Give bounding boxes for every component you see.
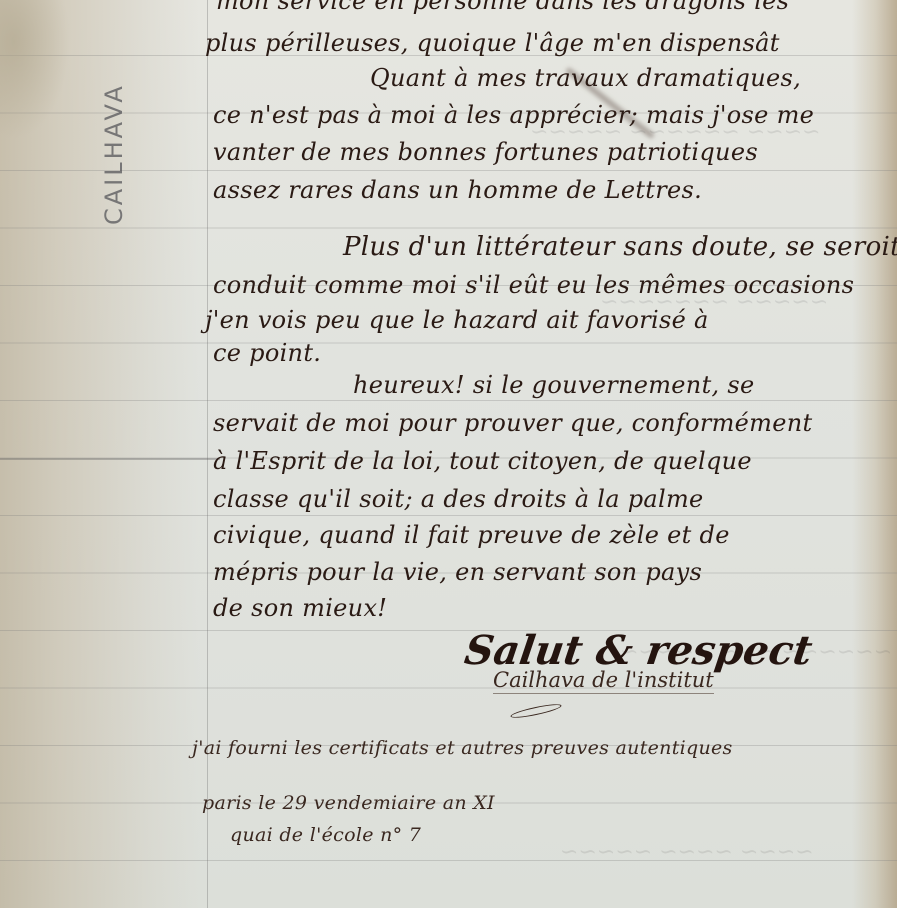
body-line: assez rares dans un homme de Lettres. (213, 175, 702, 205)
body-line: ce n'est pas à moi à les apprécier; mais… (213, 100, 814, 130)
fold-crease (0, 458, 220, 460)
date-line: paris le 29 vendemiaire an XI (202, 788, 495, 818)
body-line: Plus d'un littérateur sans doute, se ser… (343, 232, 897, 262)
postscript: j'ai fourni les certificats et autres pr… (192, 733, 733, 763)
body-line: Quant à mes travaux dramatiques, (370, 63, 801, 93)
margin-pencil-note: CAILHAVA (100, 83, 128, 225)
bleed-through-text: ~~~~ ~~~~ ~~~~~ (560, 840, 814, 865)
body-line: civique, quand il fait preuve de zèle et… (213, 520, 730, 550)
body-line: conduit comme moi s'il eût eu les mêmes … (213, 270, 854, 300)
body-line: ce point. (213, 338, 321, 368)
closing-salutation: Salut & respect (462, 627, 815, 674)
body-line: vanter de mes bonnes fortunes patriotiqu… (213, 137, 758, 167)
signature: Cailhava de l'institut (493, 668, 714, 694)
body-line: j'en vois peu que le hazard ait favorisé… (205, 305, 709, 335)
body-line: plus périlleuses, quoique l'âge m'en dis… (205, 28, 780, 58)
address-line: quai de l'école n° 7 (230, 820, 421, 850)
body-line: heureux! si le gouvernement, se (353, 370, 755, 400)
body-line: servait de moi pour prouver que, conform… (213, 408, 812, 438)
body-line: mon service en personne dans les dragons… (216, 0, 789, 16)
letter-page: ~~~~ ~~~~~~ ~~~~~ ~~~~~ ~~~~~~~ ~~~~~~ ~… (0, 0, 897, 908)
body-line: classe qu'il soit; a des droits à la pal… (213, 484, 704, 514)
body-line: mépris pour la vie, en servant son pays (213, 557, 702, 587)
margin-line (207, 0, 208, 908)
body-line: à l'Esprit de la loi, tout citoyen, de q… (213, 446, 752, 476)
torn-corner (0, 0, 70, 140)
body-line: de son mieux! (213, 593, 387, 623)
signature-flourish (510, 702, 563, 721)
